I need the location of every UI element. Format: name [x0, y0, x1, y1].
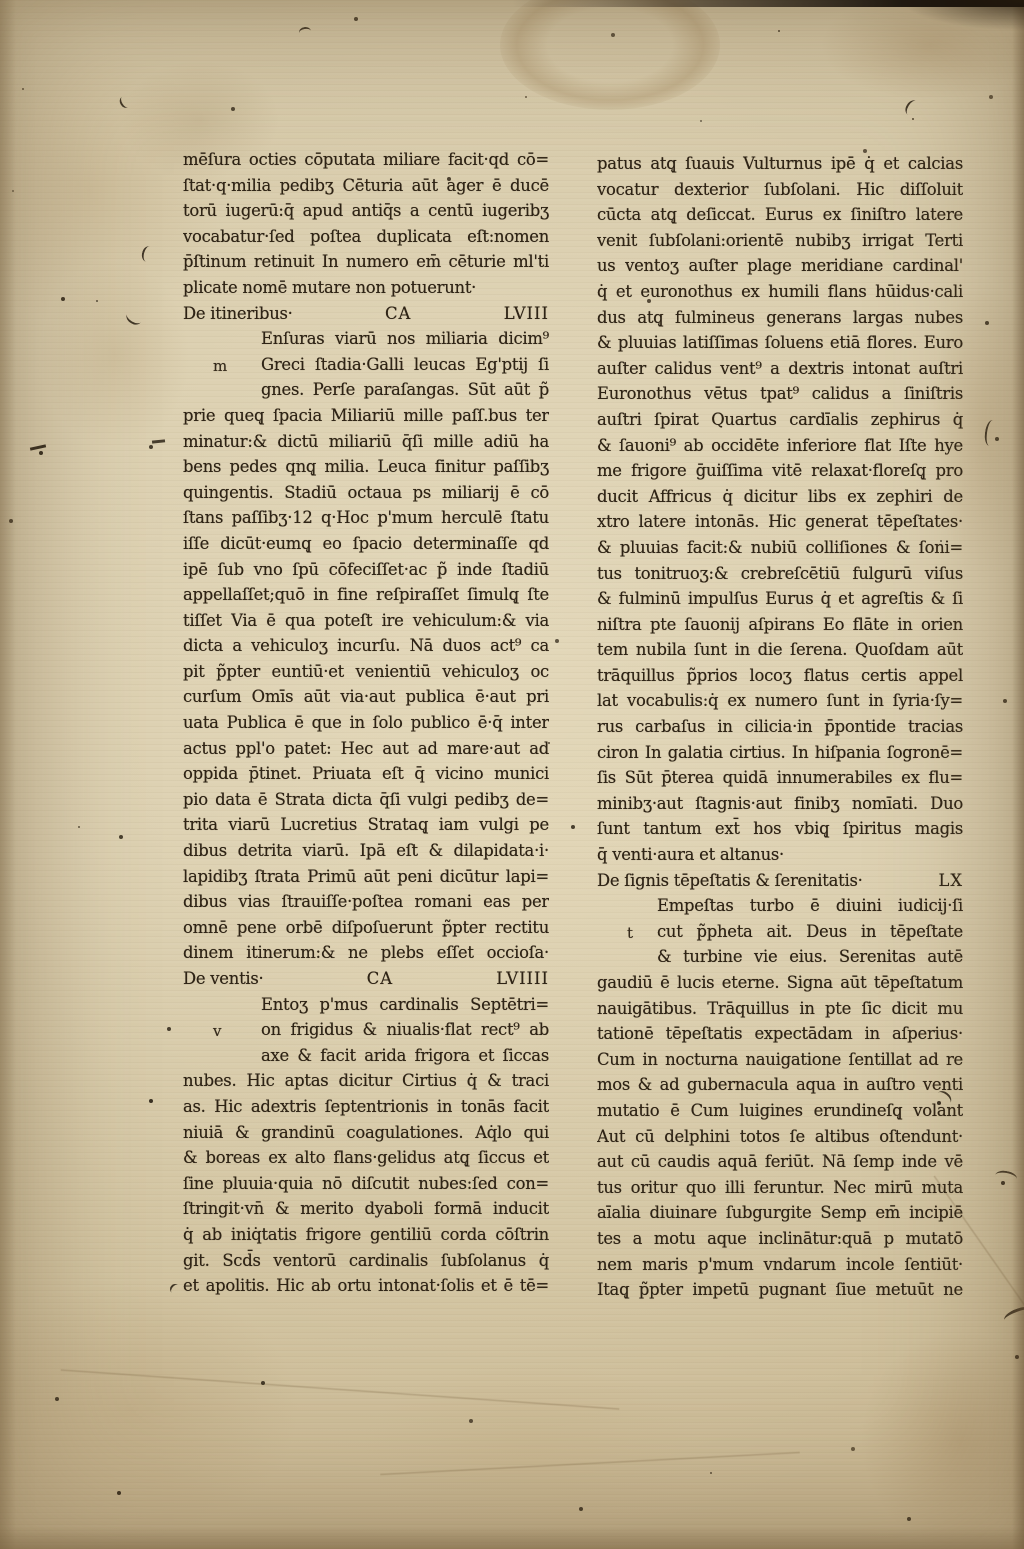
text-line: as. Hic adextris ſeptentrionis in tonās …: [183, 1094, 549, 1120]
text-line: nauigātibus. Trāquillus in pte ſic dicit…: [597, 996, 963, 1022]
heading-number: LX: [938, 868, 963, 894]
text-line: tus tonitruoʒ:& crebreſcētiū fulgurū viſ…: [597, 561, 963, 587]
text-line: Enſuras viarū nos miliaria dicim⁹: [183, 326, 549, 352]
ink-mark: [30, 444, 46, 450]
text-line: uata Publica ē que in ſolo publico ē·q̄ …: [183, 710, 549, 736]
text-line: aīalia diuinare ſubgurgite Semp em̄ inci…: [597, 1200, 963, 1226]
text-line: git. Scd̄s ventorū cardinalis ſubſolanus…: [183, 1248, 549, 1274]
text-line: Greci ſtadia·Galli leucas Eg'ptij ſi: [183, 352, 549, 378]
text-line: xtro latere intonās. Hic generat tēpeſta…: [597, 509, 963, 535]
text-line: ducit Affricus q̇ dicitur libs ex zephir…: [597, 484, 963, 510]
chapter-heading: De itineribus·CALVIII: [183, 301, 549, 327]
text-line: Aut cū delphini totos ſe altibus oſtendu…: [597, 1124, 963, 1150]
ink-mark: [124, 309, 144, 327]
paper-crease: [380, 1451, 800, 1476]
text-line: appellaſſet;quō in fine reſpiraſſet ſimu…: [183, 582, 549, 608]
text-line: torū iugerū:q̄ apud antiq̄s a centū iuge…: [183, 198, 549, 224]
text-line: mēſura octies cōputata miliare facit·qd …: [183, 147, 549, 173]
chapter-start: mEnſuras viarū nos miliaria dicim⁹Greci …: [183, 326, 549, 403]
text-line: ſis Sūt p̄terea quidā innumerabiles ex f…: [597, 765, 963, 791]
text-line: Itaq̨ p̃pter impetū pugnant ſiue metuūt …: [597, 1277, 963, 1303]
stain: [360, 1360, 700, 1540]
text-column-right: patus atq̨ ſuauis Vulturnus ipē q̇ et ca…: [597, 151, 963, 1303]
page-edge-bottom: [0, 1527, 1024, 1549]
text-line: dibus detrita viarū. Ipā eſt & dilapidat…: [183, 838, 549, 864]
heading-title: De itineribus·: [183, 301, 293, 327]
text-line: ipē ſub vno ſpū cōfeciſſet·ac p̃ inde ſt…: [183, 557, 549, 583]
text-line: me frigore ḡuiſſima vitē relaxat·floreſq…: [597, 458, 963, 484]
text-line: tiſſet Via ē qua poteſt ire vehiculum:& …: [183, 608, 549, 634]
ink-mark: [298, 26, 312, 38]
page-edge-left: [0, 0, 16, 1549]
paper-crease: [61, 1368, 620, 1410]
text-line: auſter calidus vent⁹ a dextris intonat a…: [597, 356, 963, 382]
initial-guide-letter: t: [627, 921, 633, 947]
text-line: & turbine vie eius. Serenitas autē: [597, 944, 963, 970]
text-line: tationē tēpeſtatis expectādam in aſperiu…: [597, 1021, 963, 1047]
ink-mark: [118, 94, 133, 109]
stain: [40, 260, 190, 450]
scan-corner-shadow: [904, 0, 1024, 30]
text-line: omnē pene orbē diſpoſuerunt p̃pter recti…: [183, 915, 549, 941]
text-line: & ſauoni⁹ ab occidēte inferiore flat Iſt…: [597, 433, 963, 459]
chapter-start: tEmpeſtas turbo ē diuini iudicij·ſicut p…: [597, 893, 963, 970]
heading-number: LVIII: [504, 301, 549, 327]
page-edge-right: [1012, 0, 1024, 1549]
text-line: dibus vias ſtrauiſſe·poſtea romani eas p…: [183, 889, 549, 915]
text-line: minibʒ·aut ſtagnis·aut finibʒ nomīati. D…: [597, 791, 963, 817]
text-line: curſum Omīs aūt via·aut publica ē·aut pr…: [183, 684, 549, 710]
text-line: patus atq̨ ſuauis Vulturnus ipē q̇ et ca…: [597, 151, 963, 177]
text-line: rus carbaſus in cilicia·in p̄pontide tra…: [597, 714, 963, 740]
book-page-scan: mēſura octies cōputata miliare facit·qd …: [0, 0, 1024, 1549]
scan-top-edge: [0, 0, 1024, 7]
text-line: mutatio ē Cum luigines erundineſq̨ volan…: [597, 1098, 963, 1124]
text-line: vocabatur·ſed poſtea duplicata eſt:nomen: [183, 224, 549, 250]
text-line: mos & ad gubernacula aqua in auſtro vent…: [597, 1072, 963, 1098]
stain: [500, 0, 720, 110]
text-line: auſtri ſpirat Quartus cardīalis zephirus…: [597, 407, 963, 433]
text-line: Euronothus vētus tpat⁹ calidus a ſiniſtr…: [597, 381, 963, 407]
text-line: gaudiū ē lucis eterne. Signa aūt tēpeſta…: [597, 970, 963, 996]
ink-mark: [168, 1282, 182, 1296]
text-line: ſtat·q·milia pedibʒ Cēturia aūt ager ē d…: [183, 173, 549, 199]
ink-mark: [903, 98, 921, 118]
text-line: niſtra pte ſauonij aſpirans Eo flāte in …: [597, 612, 963, 638]
text-line: dicta a vehiculoʒ incurſu. Nā duos act⁹ …: [183, 633, 549, 659]
text-line: ciron In galatia cirtius. In hiſpania ſo…: [597, 740, 963, 766]
text-line: & pluuias latiſſimas ſoluens etiā flores…: [597, 330, 963, 356]
text-line: Entoʒ p'mus cardinalis Septētri=: [183, 992, 549, 1018]
heading-ca: CA: [367, 966, 393, 992]
text-line: lat vocabulis:q̇ ex numero ſunt in ſyria…: [597, 688, 963, 714]
text-line: us ventoʒ auſter plage meridiane cardina…: [597, 253, 963, 279]
ink-mark: [983, 419, 999, 446]
text-line: q̇ et euronothus ex humili flans hūidus·…: [597, 279, 963, 305]
text-line: nubes. Hic aptas dicitur Cirtius q̇ & tr…: [183, 1068, 549, 1094]
heading-title: De ſignis tēpeſtatis & ſerenitatis·: [597, 868, 863, 894]
chapter-heading: De ſignis tēpeſtatis & ſerenitatis·LX: [597, 868, 963, 894]
text-line: trita viarū Lucretius Strataq̨ iam vulgi…: [183, 812, 549, 838]
text-line: ſtringit·vn̄ & merito dyaboli formā indu…: [183, 1196, 549, 1222]
text-line: nem maris p'mum vndarum incole ſentiūt·: [597, 1252, 963, 1278]
text-line: venit ſubſolani:orientē nubibʒ irrigat T…: [597, 228, 963, 254]
text-column-left: mēſura octies cōputata miliare facit·qd …: [183, 147, 549, 1299]
text-line: vocatur dexterior ſubſolani. Hic diſſolu…: [597, 177, 963, 203]
text-line: ſine pluuia·quia nō diſcutit nubes:ſed c…: [183, 1171, 549, 1197]
text-line: dus atq̨ fulmineus generans largas nubes: [597, 305, 963, 331]
text-line: p̄ſtinum retinuit In numero em̄ cēturie …: [183, 249, 549, 275]
text-line: dinem itinerum:& ne plebs eſſet occioſa·: [183, 940, 549, 966]
text-line: gnes. Perſe paraſangas. Sūt aūt p̃: [183, 377, 549, 403]
text-line: aut cū caudis aquā feriūt. Nā ſemp inde …: [597, 1149, 963, 1175]
chapter-start: vEntoʒ p'mus cardinalis Septētri=on frig…: [183, 992, 549, 1069]
text-line: cut p̃pheta ait. Deus in tēpeſtate: [597, 919, 963, 945]
text-line: actus ppl'o patet: Hec aut ad mare·aut a…: [183, 736, 549, 762]
stain: [860, 1330, 1024, 1549]
text-line: on frigidus & niualis·flat rect⁹ ab: [183, 1017, 549, 1043]
text-line: pit p̃pter euntiū·et venientiū vehiculoʒ…: [183, 659, 549, 685]
text-line: trāquillus p̃prios locoʒ flatus certis a…: [597, 663, 963, 689]
text-line: cūcta atq̨ deſiccat. Eurus ex ſiniſtro l…: [597, 202, 963, 228]
ink-mark: [152, 439, 165, 443]
text-line: Empeſtas turbo ē diuini iudicij·ſi: [597, 893, 963, 919]
text-line: iſſe dicūt·eumq̨ eo ſpacio determinaſſe …: [183, 531, 549, 557]
text-line: axe & facit arida frigora et ſiccas: [183, 1043, 549, 1069]
text-line: pio data ē Strata dicta q̄ſi vulgi pedib…: [183, 787, 549, 813]
text-line: tus oritur quo illi feruntur. Nec mirū m…: [597, 1175, 963, 1201]
text-line: Cum in nocturna nauigatione ſentillat ad…: [597, 1047, 963, 1073]
text-line: q̄ venti·aura et altanus·: [597, 842, 963, 868]
text-line: lapidibʒ ſtrata Primū aūt peni dicūtur l…: [183, 864, 549, 890]
text-line: ſunt tantum ext̄ hos vbiq̨ ſpiritus magi…: [597, 816, 963, 842]
stain: [0, 1280, 300, 1540]
initial-guide-letter: v: [213, 1019, 221, 1045]
text-line: & fulminū impulſus Eurus q̇ et agreſtis …: [597, 586, 963, 612]
heading-number: LVIIII: [496, 966, 549, 992]
text-line: et apolitis. Hic ab ortu intonat·ſolis e…: [183, 1273, 549, 1299]
text-line: & boreas ex alto flans·gelidus atq̨ ſicc…: [183, 1145, 549, 1171]
text-line: bens pedes qnq̨ milia. Leuca finitur paſ…: [183, 454, 549, 480]
text-line: minatur:& dictū miliariū q̄ſi mille adiū…: [183, 429, 549, 455]
text-line: oppida p̄tinet. Priuata eſt q̄ vicino mu…: [183, 761, 549, 787]
ink-mark: [140, 245, 156, 263]
heading-title: De ventis·: [183, 966, 264, 992]
text-line: tes a motu aque inclinātur:quā p mutatō: [597, 1226, 963, 1252]
text-line: prie queq̨ ſpacia Miliariū mille paſſ.bu…: [183, 403, 549, 429]
initial-guide-letter: m: [213, 354, 227, 380]
text-line: niuiā & grandinū coagulationes. Aq̇lo qu…: [183, 1120, 549, 1146]
text-line: q̇ ab iniq̇tatis frigore gentiliū corda …: [183, 1222, 549, 1248]
text-line: quingentis. Stadiū octaua ps miliarij ē …: [183, 480, 549, 506]
text-line: plicate nomē mutare non potuerunt·: [183, 275, 549, 301]
chapter-heading: De ventis·CALVIIII: [183, 966, 549, 992]
text-line: ſtans paſſibʒ·12 q·Hoc p'mum herculē ſta…: [183, 505, 549, 531]
heading-ca: CA: [385, 301, 411, 327]
text-line: & pluuias facit:& nubiū colliſiones & ſo…: [597, 535, 963, 561]
text-line: tem nubila ſunt in die ſerena. Quoſdam a…: [597, 637, 963, 663]
